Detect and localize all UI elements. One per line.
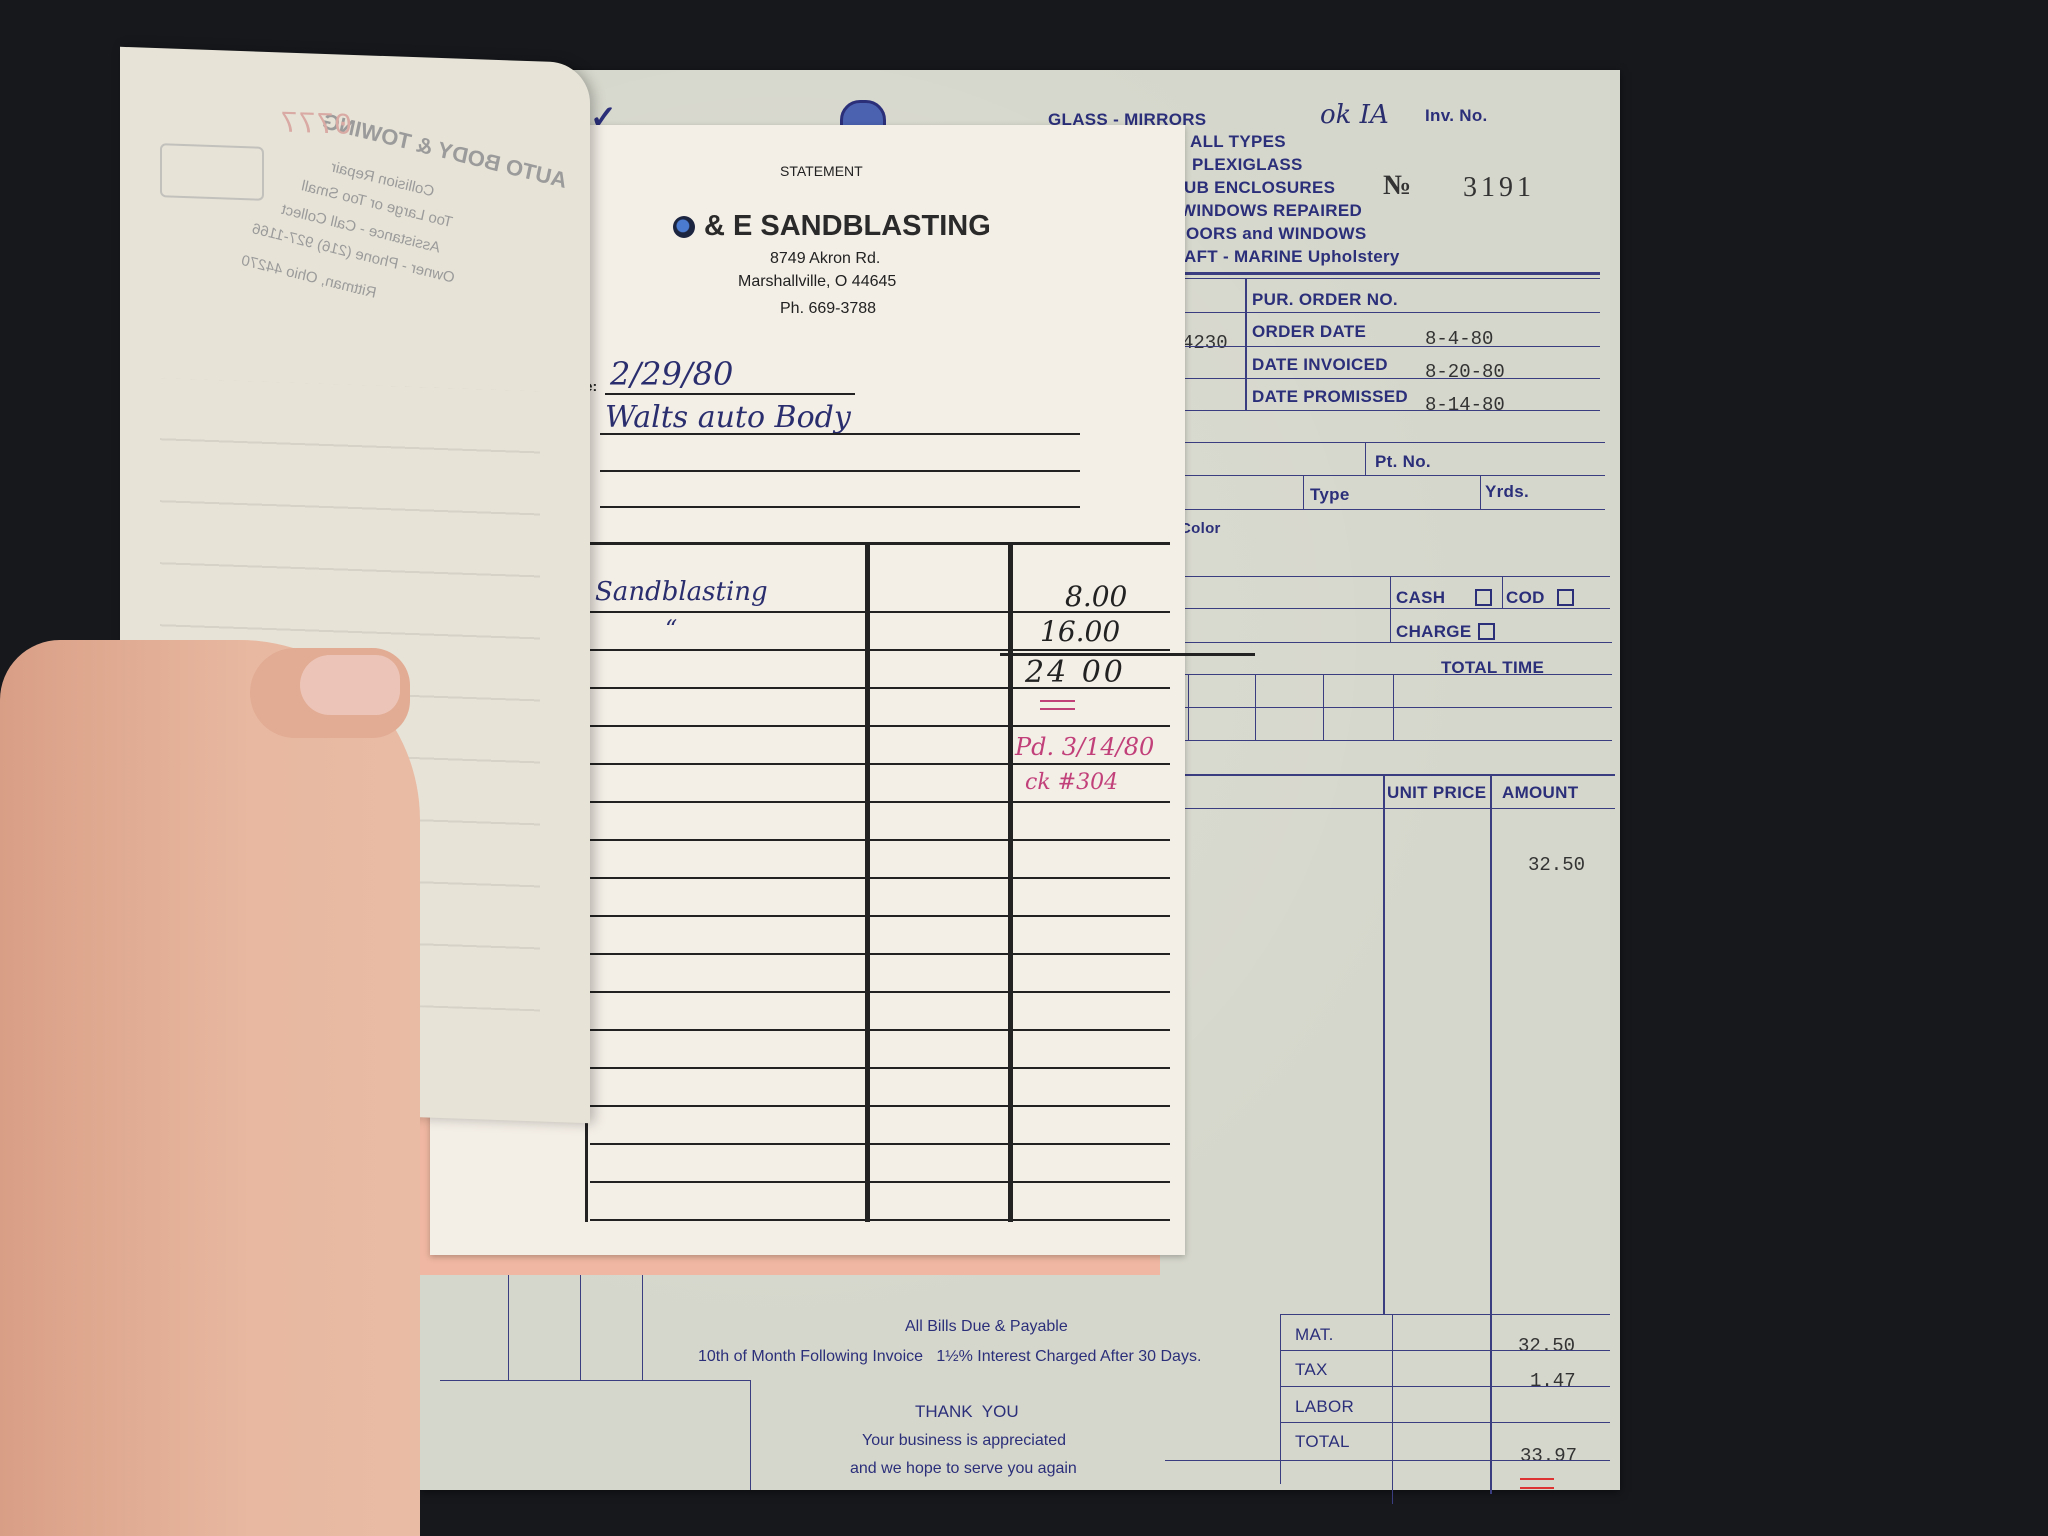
mat-value: 32.50: [1518, 1335, 1575, 1357]
address-line-1: 8749 Akron Rd.: [770, 250, 880, 268]
date-promissed-value: 8-14-80: [1425, 394, 1505, 416]
thanks-line-3: and we hope to serve you again: [850, 1460, 1077, 1478]
line-amount: 32.50: [1528, 854, 1585, 876]
phone: Ph. 669-3788: [780, 300, 876, 318]
inv-no-label: Inv. No.: [1425, 106, 1488, 126]
row-1-description: Sandblasting: [595, 577, 768, 607]
handwritten-ok-initials: ok IA: [1320, 100, 1389, 130]
statement-total: 24 00: [1025, 655, 1126, 690]
date-invoiced-label: DATE INVOICED: [1252, 355, 1388, 375]
thank-you: THANK YOU: [915, 1402, 1019, 1422]
type-label: Type: [1310, 485, 1350, 505]
check-note: ck #304: [1025, 770, 1118, 795]
total-underline-red: [1520, 1478, 1554, 1489]
pur-order-label: PUR. ORDER NO.: [1252, 290, 1398, 310]
number-symbol: №: [1383, 170, 1411, 202]
service-line: PLEXIGLASS: [1192, 155, 1303, 175]
service-line: AFT - MARINE Upholstery: [1184, 247, 1400, 267]
due-line-2: 10th of Month Following Invoice 1½% Inte…: [698, 1348, 1201, 1366]
amount-header: AMOUNT: [1502, 783, 1578, 803]
row-1-amount: 8.00: [1065, 580, 1127, 613]
paid-note: Pd. 3/14/80: [1015, 733, 1154, 761]
service-line: UB ENCLOSURES: [1184, 178, 1335, 198]
row-2-amount: 16.00: [1040, 615, 1120, 648]
address-line-2: Marshallville, O 44645: [738, 273, 896, 291]
service-line: ALL TYPES: [1190, 132, 1286, 152]
invoice-number: 3191: [1463, 172, 1535, 204]
tax-label: TAX: [1295, 1360, 1328, 1380]
statement-date: 2/29/80: [610, 355, 733, 393]
cash-label: CASH: [1396, 588, 1445, 608]
statement-title: STATEMENT: [780, 163, 863, 179]
unit-price-header: UNIT PRICE: [1387, 783, 1486, 803]
pt-no-label: Pt. No.: [1375, 452, 1431, 472]
carbon-number: 0777: [280, 107, 352, 144]
row-2-description: “: [665, 615, 677, 643]
tow-truck-icon: [160, 143, 264, 201]
order-date-label: ORDER DATE: [1252, 322, 1366, 342]
labor-label: LABOR: [1295, 1397, 1354, 1417]
service-line: OORS and WINDOWS: [1186, 224, 1366, 244]
hand-holding-pages: [0, 640, 420, 1536]
customer-name: Walts auto Body: [605, 400, 851, 435]
cod-label: COD: [1506, 588, 1545, 608]
due-line-1: All Bills Due & Payable: [905, 1318, 1068, 1336]
charge-label: CHARGE: [1396, 622, 1471, 642]
total-time-label: TOTAL TIME: [1441, 658, 1544, 678]
partial-code: 4230: [1182, 332, 1228, 354]
total-double-underline: [1040, 700, 1075, 710]
service-line: WINDOWS REPAIRED: [1180, 201, 1362, 221]
tax-value: 1.47: [1530, 1370, 1576, 1392]
company-logo-icon: [673, 216, 695, 238]
thanks-line-2: Your business is appreciated: [862, 1432, 1066, 1450]
date-promissed-label: DATE PROMISSED: [1252, 387, 1408, 407]
color-label: Color: [1180, 520, 1221, 537]
mat-label: MAT.: [1295, 1325, 1334, 1345]
total-value: 33.97: [1520, 1445, 1577, 1467]
cod-checkbox[interactable]: [1557, 589, 1574, 606]
date-invoiced-value: 8-20-80: [1425, 361, 1505, 383]
charge-checkbox[interactable]: [1478, 623, 1495, 640]
company-name: & E SANDBLASTING: [704, 210, 991, 243]
cash-checkbox[interactable]: [1475, 589, 1492, 606]
thumbnail: [300, 655, 400, 715]
total-label: TOTAL: [1295, 1432, 1350, 1452]
yrds-label: Yrds.: [1485, 482, 1529, 502]
